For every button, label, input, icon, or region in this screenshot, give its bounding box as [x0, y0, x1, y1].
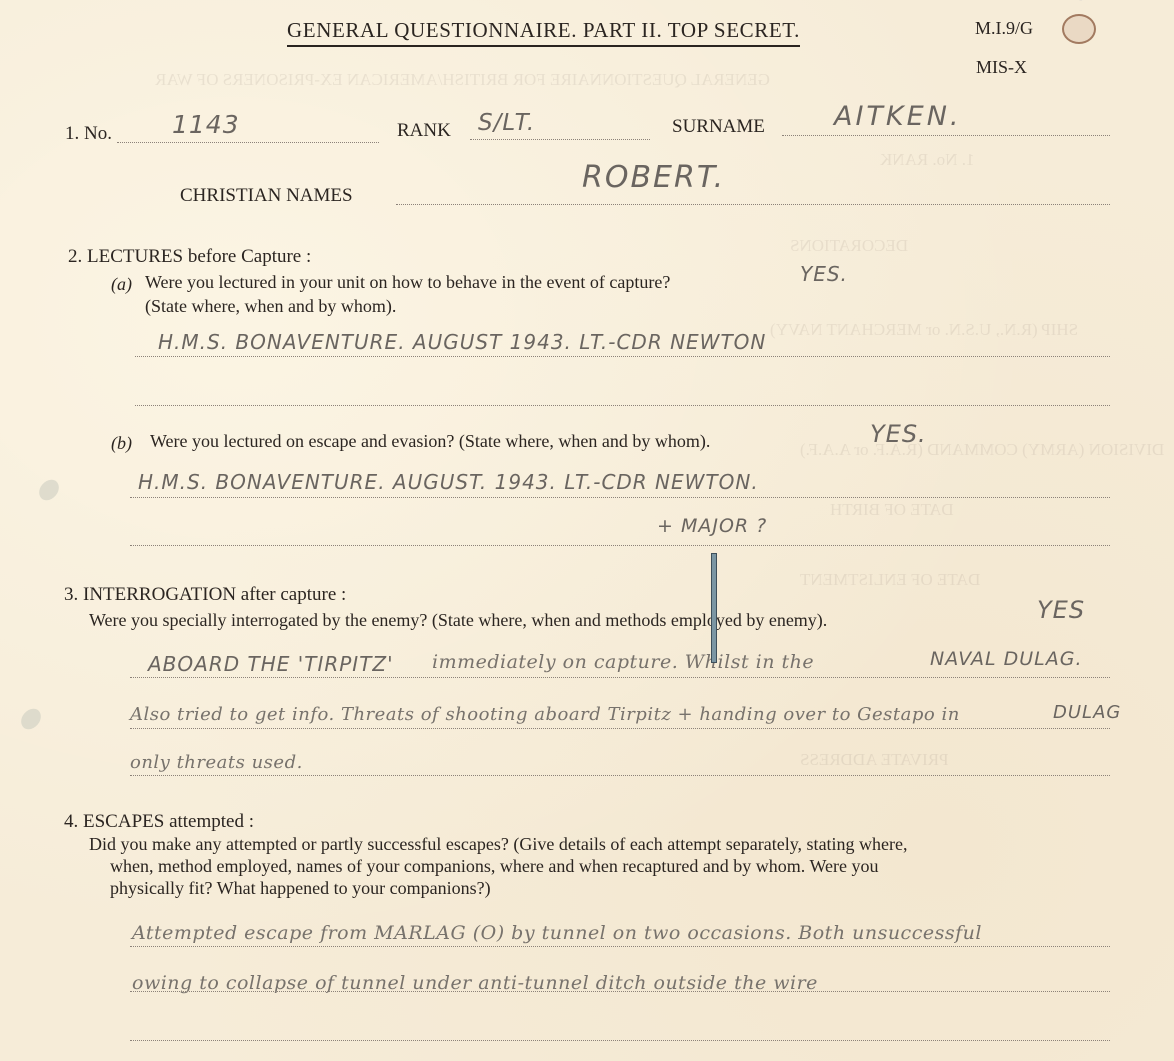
rank-field-line — [470, 139, 650, 140]
question-2b: Were you lectured on escape and evasion?… — [150, 431, 710, 452]
answer-2b-field-line-1 — [130, 497, 1110, 498]
answer-3-line-1-end: NAVAL DULAG. — [930, 648, 1082, 670]
answer-4-field-line-2 — [130, 991, 1110, 992]
document-title: GENERAL QUESTIONNAIRE. PART II. TOP SECR… — [287, 18, 800, 47]
answer-3-field-line-1 — [130, 677, 1110, 678]
answer-3-field-line-2 — [130, 728, 1110, 729]
answer-3-line-2-end: DULAG — [1053, 702, 1121, 723]
question-4-line-2: when, method employed, names of your com… — [110, 856, 879, 877]
answer-3-line-3-cursive: only threats used. — [130, 752, 303, 773]
number-field-line — [117, 142, 379, 143]
bleed-through-text: DATE OF ENLISTMENT — [800, 570, 980, 590]
christian-names-value: ROBERT. — [582, 160, 725, 195]
answer-3-yes: YES — [1037, 596, 1085, 624]
answer-2b-line-1: H.M.S. BONAVENTURE. AUGUST. 1943. LT.-CD… — [138, 470, 759, 494]
tag-eyelet-decoration — [1062, 14, 1096, 44]
answer-2a-yes: YES. — [800, 262, 848, 286]
bleed-through-text: DATE OF BIRTH — [830, 500, 954, 520]
number-label: 1. No. — [65, 123, 112, 145]
christian-names-field-line — [396, 204, 1110, 205]
escapes-heading-suffix: attempted : — [164, 811, 254, 832]
answer-4-field-line-3 — [130, 1040, 1110, 1041]
section-4-heading: 4. ESCAPES attempted : — [64, 811, 254, 833]
answer-2b-field-line-2 — [130, 545, 1110, 546]
answer-2a-field-line-2 — [135, 405, 1110, 406]
tag-string-decoration — [1071, 0, 1174, 3]
bleed-through-text: DIVISION (ARMY) COMMAND (R.A.F. or A.A.F… — [800, 440, 1164, 460]
christian-names-label: CHRISTIAN NAMES — [180, 185, 353, 207]
answer-2a-line-1: H.M.S. BONAVENTURE. AUGUST 1943. LT.-CDR… — [158, 330, 766, 354]
question-4-line-3: physically fit? What happened to your co… — [110, 878, 491, 899]
bleed-through-text: PRIVATE ADDRESS — [800, 750, 948, 770]
section-3-heading: 3. INTERROGATION after capture : — [64, 584, 346, 606]
surname-field-line — [782, 135, 1110, 136]
question-2b-marker: (b) — [111, 433, 132, 454]
answer-3-field-line-3 — [130, 775, 1110, 776]
number-value: 1143 — [172, 110, 240, 139]
answer-3-line-1-print: ABOARD THE 'TIRPITZ' — [148, 652, 394, 676]
section-2-heading: 2. LECTURES before Capture : — [68, 246, 311, 268]
rank-label: RANK — [397, 120, 451, 142]
question-4-line-1: Did you make any attempted or partly suc… — [89, 834, 908, 855]
reference-code-misx: MIS-X — [976, 57, 1027, 78]
answer-3-line-1-cursive: immediately on capture. Whilst in the — [432, 651, 814, 673]
question-2a-instructions: (State where, when and by whom). — [145, 296, 396, 317]
answer-3-line-2-cursive: Also tried to get info. Threats of shoot… — [130, 704, 960, 725]
interrogation-heading: 3. INTERROGATION — [64, 584, 236, 605]
question-2a-marker: (a) — [111, 274, 132, 295]
answer-4-field-line-1 — [130, 946, 1110, 947]
rank-value: S/LT. — [478, 110, 535, 136]
bleed-through-text: DECORATIONS — [790, 236, 908, 256]
lectures-heading-suffix: before Capture : — [183, 246, 311, 267]
answer-2a-field-line-1 — [135, 356, 1110, 357]
answer-2b-yes: YES. — [870, 420, 927, 448]
bleed-through-text: 1. No. RANK — [880, 150, 974, 170]
text-cursor-icon — [711, 553, 717, 663]
surname-label: SURNAME — [672, 116, 765, 138]
paper-stain — [17, 706, 45, 733]
answer-2b-line-2: + MAJOR ? — [657, 515, 767, 537]
reference-code-mi9: M.I.9/G — [975, 18, 1033, 39]
answer-4-line-1: Attempted escape from MARLAG (O) by tunn… — [132, 922, 982, 944]
bleed-through-text: GENERAL QUESTIONNAIRE FOR BRITISH/AMERIC… — [155, 70, 770, 90]
interrogation-heading-suffix: after capture : — [236, 584, 346, 605]
question-2a: Were you lectured in your unit on how to… — [145, 272, 670, 293]
surname-value: AITKEN. — [834, 101, 961, 132]
lectures-heading: 2. LECTURES — [68, 246, 183, 267]
bleed-through-text: SHIP (R.N., U.S.N. or MERCHANT NAVY) — [770, 320, 1078, 340]
escapes-heading: 4. ESCAPES — [64, 811, 164, 832]
paper-stain — [35, 477, 63, 504]
